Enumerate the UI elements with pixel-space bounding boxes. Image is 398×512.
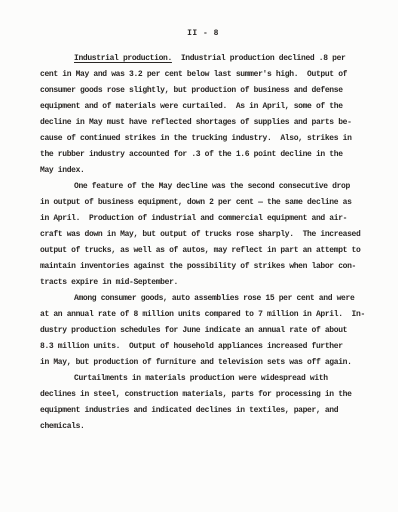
paragraph-may-decline-feature: One feature of the May decline was the s… [40, 179, 372, 291]
text-line: craft was down in May, but output of tru… [40, 227, 372, 243]
text-line: tracts expire in mid-September. [40, 275, 372, 291]
text-line: 8.3 million units. Output of household a… [40, 339, 372, 355]
section-heading: Industrial production. [74, 54, 172, 63]
paragraph-consumer-goods: Among consumer goods, auto assemblies ro… [40, 291, 372, 371]
text-line: May index. [40, 163, 372, 179]
text-line: equipment industries and indicated decli… [40, 403, 372, 419]
paragraph-materials-curtailments: Curtailments in materials production wer… [40, 371, 372, 435]
document-body: Industrial production. Industrial produc… [40, 51, 372, 435]
text-line: maintain inventories against the possibi… [40, 259, 372, 275]
text-line: consumer goods rose slightly, but produc… [40, 83, 372, 99]
text-line: cent in May and was 3.2 per cent below l… [40, 67, 372, 83]
text-line: at an annual rate of 8 million units com… [40, 307, 372, 323]
text-line: in output of business equipment, down 2 … [40, 195, 372, 211]
text-line: dustry production schedules for June ind… [40, 323, 372, 339]
text-line: cause of continued strikes in the trucki… [40, 131, 372, 147]
text-line: output of trucks, as well as of autos, m… [40, 243, 372, 259]
document-page: II - 8 Industrial production. Industrial… [0, 0, 398, 512]
text-line: Curtailments in materials production wer… [40, 371, 372, 387]
text-line: in April. Production of industrial and c… [40, 211, 372, 227]
text-line: One feature of the May decline was the s… [40, 179, 372, 195]
text-line: equipment and of materials were curtaile… [40, 99, 372, 115]
text-line-rest: Industrial production declined .8 per [172, 54, 346, 63]
paragraph-industrial-production: Industrial production. Industrial produc… [40, 51, 372, 179]
text-line: chemicals. [40, 419, 372, 435]
text-line: in May, but production of furniture and … [40, 355, 372, 371]
text-line: decline in May must have reflected short… [40, 115, 372, 131]
text-line: Industrial production. Industrial produc… [40, 51, 372, 67]
page-number-header: II - 8 [40, 28, 366, 40]
text-line: declines in steel, construction material… [40, 387, 372, 403]
text-line: the rubber industry accounted for .3 of … [40, 147, 372, 163]
text-line: Among consumer goods, auto assemblies ro… [40, 291, 372, 307]
